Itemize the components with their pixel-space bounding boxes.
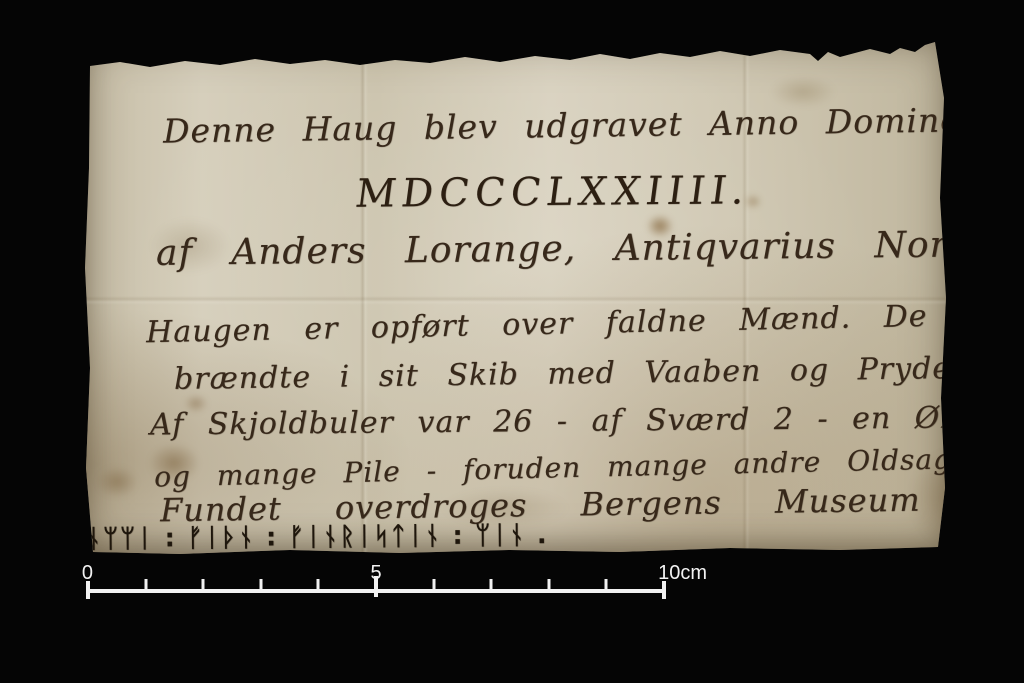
handwritten-line-6: Af Skjoldbuler var 26 - af Sværd 2 - en … [150, 400, 959, 442]
ink-stain [96, 466, 138, 498]
handwritten-line-3: af Anders Lorange, Antiqvarius Norvegiæ. [156, 223, 1024, 274]
scale-tick-minor [432, 579, 435, 589]
handwritten-line-4: Haugen er opført over faldne Mænd. De va… [146, 297, 1024, 351]
scale-tick-major [374, 576, 378, 597]
scale-tick-minor [144, 579, 147, 589]
runic-inscription: ᚾᛘᛘᛁ : ᚠᛁᚦᚾ : ᚠᛁᚾᚱᛁᛋᛏᛁᚾ : ᛘᛁᚾ . [86, 520, 549, 553]
photo-background: Denne Haug blev udgravet Anno Domino MDC… [0, 0, 1024, 683]
handwritten-line-2-roman-numerals: MDCCCLXXIIII. [353, 168, 754, 216]
scale-tick-minor [490, 579, 493, 589]
scale-tick-minor [605, 579, 608, 589]
scale-end-cap [662, 581, 666, 599]
scale-tick-minor [317, 579, 320, 589]
handwritten-line-1: Denne Haug blev udgravet Anno Domino [163, 100, 962, 150]
scale-tick-minor [202, 579, 205, 589]
handwritten-line-5: brændte i sit Skib med Vaaben og Prydels… [174, 350, 1020, 397]
paper-note: Denne Haug blev udgravet Anno Domino MDC… [80, 38, 952, 558]
scale-bar: 0 5 10cm [88, 560, 664, 604]
scale-end-cap [86, 581, 90, 599]
scale-tick-minor [547, 579, 550, 589]
scale-tick-minor [259, 579, 262, 589]
